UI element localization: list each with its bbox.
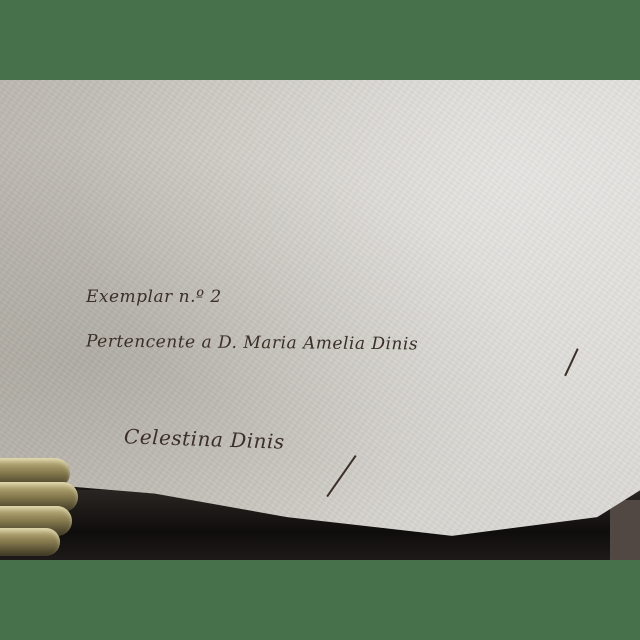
- letterbox-top: [0, 0, 640, 80]
- brass-hand-object: [0, 458, 80, 558]
- inscription-line-1: Exemplar n.º 2: [86, 287, 222, 307]
- hand-finger: [0, 528, 60, 556]
- inscription-line-2: Pertencente a D. Maria Amelia Dinis: [86, 332, 418, 355]
- letterbox-bottom: [0, 560, 640, 640]
- photograph: Exemplar n.º 2 Pertencente a D. Maria Am…: [0, 80, 640, 560]
- paper-texture: [0, 80, 640, 550]
- background-surface: [610, 500, 640, 560]
- paper-sheet: [0, 80, 640, 550]
